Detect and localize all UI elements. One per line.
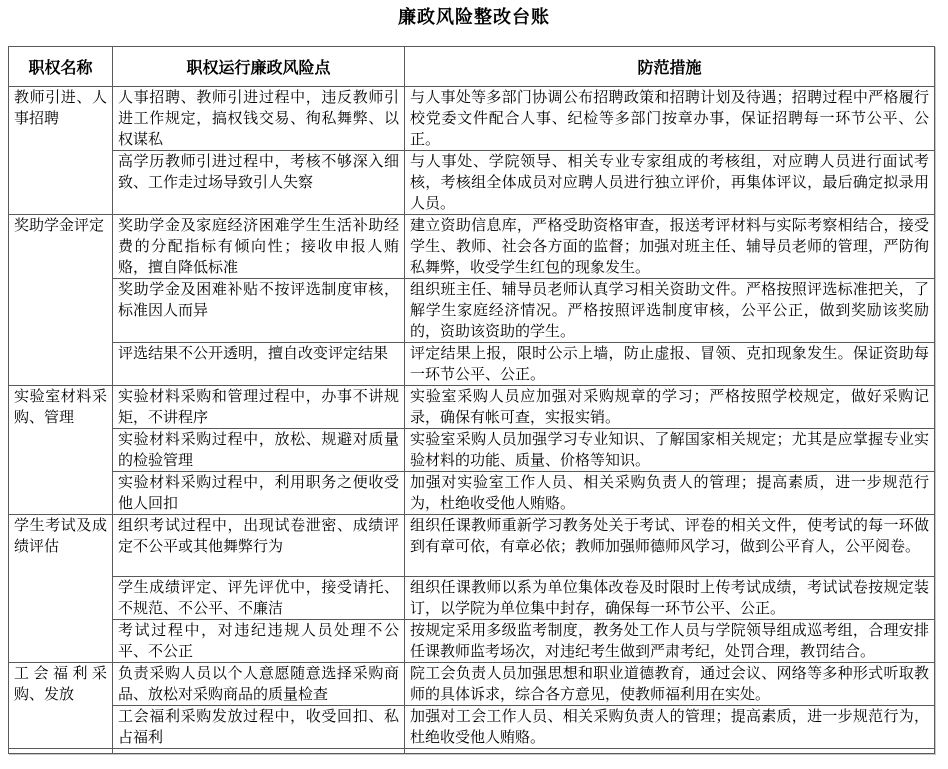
table-row: 奖助学金及困难补贴不按评选制度审核，标准因人而异 组织班主任、辅导员老师认真学习…: [9, 279, 935, 343]
table-row: 奖助学金评定 奖助学金及家庭经济困难学生生活补助经费的分配指标有倾向性；接收申报…: [9, 215, 935, 279]
measure-cell: 与人事处等多部门协调公布招聘政策和招聘计划及待遇；招聘过程中严格履行校党委文件配…: [405, 87, 935, 151]
risk-table: 职权名称 职权运行廉政风险点 防范措施 教师引进、人事招聘 人事招聘、教师引进过…: [8, 46, 935, 754]
measure-cell: 实验室采购人员应加强对采购规章的学习；严格按照学校规定，做好采购记录，确保有帐可…: [405, 386, 935, 429]
table-row: 工会福利采购、发放 负责采购人员以个人意愿随意选择采购商品、放松对采购商品的质量…: [9, 663, 935, 706]
document-title: 廉政风险整改台账: [0, 0, 948, 29]
table-row: 实验材料采购过程中，放松、规避对质量的检验管理 实验室采购人员加强学习专业知识、…: [9, 429, 935, 472]
table-row: 工会福利采购发放过程中，收受回扣、私占福利 加强对工会工作人员、相关采购负责人的…: [9, 706, 935, 749]
measure-cell: 实验室采购人员加强学习专业知识、了解国家相关规定；尤其是应掌握专业实验材料的功能…: [405, 429, 935, 472]
measure-cell: [405, 749, 935, 754]
table-row: 实验材料采购过程中，利用职务之便收受他人回扣 加强对实验室工作人员、相关采购负责…: [9, 472, 935, 515]
risk-cell: [113, 749, 405, 754]
measure-cell: 院工会负责人员加强思想和职业道德教育，通过会议、网络等多种形式听取教师的具体诉求…: [405, 663, 935, 706]
measure-cell: 组织班主任、辅导员老师认真学习相关资助文件。严格按照评选标准把关，了解学生家庭经…: [405, 279, 935, 343]
risk-cell: 实验材料采购过程中，放松、规避对质量的检验管理: [113, 429, 405, 472]
authority-cell: [9, 749, 113, 754]
risk-cell: 组织考试过程中，出现试卷泄密、成绩评定不公平或其他舞弊行为: [113, 515, 405, 577]
measure-cell: 按规定采用多级监考制度，教务处工作人员与学院领导组成巡考组，合理安排任课教师监考…: [405, 620, 935, 663]
authority-cell: 教师引进、人事招聘: [9, 87, 113, 215]
header-authority: 职权名称: [9, 47, 113, 87]
header-row: 职权名称 职权运行廉政风险点 防范措施: [9, 47, 935, 87]
measure-cell: 组织任课教师以系为单位集体改卷及时限时上传考试成绩，考试试卷按规定装订，以学院为…: [405, 577, 935, 620]
risk-cell: 工会福利采购发放过程中，收受回扣、私占福利: [113, 706, 405, 749]
authority-cell: 学生考试及成绩评估: [9, 515, 113, 663]
risk-cell: 负责采购人员以个人意愿随意选择采购商品、放松对采购商品的质量检查: [113, 663, 405, 706]
table-row: 实验室材料采购、管理 实验材料采购和管理过程中，办事不讲规矩，不讲程序 实验室采…: [9, 386, 935, 429]
risk-cell: 学生成绩评定、评先评优中，接受请托、不规范、不公平、不廉洁: [113, 577, 405, 620]
table-row: 学生成绩评定、评先评优中，接受请托、不规范、不公平、不廉洁 组织任课教师以系为单…: [9, 577, 935, 620]
header-measure: 防范措施: [405, 47, 935, 87]
risk-cell: 高学历教师引进过程中，考核不够深入细致、工作走过场导致引人失察: [113, 151, 405, 215]
header-risk: 职权运行廉政风险点: [113, 47, 405, 87]
table-row: 教师引进、人事招聘 人事招聘、教师引进过程中，违反教师引进工作规定，搞权钱交易、…: [9, 87, 935, 151]
table-row: 高学历教师引进过程中，考核不够深入细致、工作走过场导致引人失察 与人事处、学院领…: [9, 151, 935, 215]
table-row: 评选结果不公开透明，擅自改变评定结果 评定结果上报，限时公示上墙，防止虚报、冒领…: [9, 343, 935, 386]
authority-cell: 工会福利采购、发放: [9, 663, 113, 749]
measure-cell: 加强对工会工作人员、相关采购负责人的管理；提高素质，进一步规范行为，杜绝收受他人…: [405, 706, 935, 749]
partial-row: [9, 749, 935, 754]
table-row: 考试过程中，对违纪违规人员处理不公平、不公正 按规定采用多级监考制度，教务处工作…: [9, 620, 935, 663]
measure-cell: 评定结果上报，限时公示上墙，防止虚报、冒领、克扣现象发生。保证资助每一环节公平、…: [405, 343, 935, 386]
authority-cell: 实验室材料采购、管理: [9, 386, 113, 515]
measure-cell: 建立资助信息库，严格受助资格审查，报送考评材料与实际考察相结合，接受学生、教师、…: [405, 215, 935, 279]
measure-cell: 与人事处、学院领导、相关专业专家组成的考核组，对应聘人员进行面试考核，考核组全体…: [405, 151, 935, 215]
risk-cell: 奖助学金及家庭经济困难学生生活补助经费的分配指标有倾向性；接收申报人贿赂，擅自降…: [113, 215, 405, 279]
risk-cell: 实验材料采购过程中，利用职务之便收受他人回扣: [113, 472, 405, 515]
authority-cell: 奖助学金评定: [9, 215, 113, 386]
risk-cell: 考试过程中，对违纪违规人员处理不公平、不公正: [113, 620, 405, 663]
risk-cell: 评选结果不公开透明，擅自改变评定结果: [113, 343, 405, 386]
risk-cell: 人事招聘、教师引进过程中，违反教师引进工作规定，搞权钱交易、徇私舞弊、以权谋私: [113, 87, 405, 151]
table-row: 学生考试及成绩评估 组织考试过程中，出现试卷泄密、成绩评定不公平或其他舞弊行为 …: [9, 515, 935, 577]
risk-cell: 奖助学金及困难补贴不按评选制度审核，标准因人而异: [113, 279, 405, 343]
measure-cell: 组织任课教师重新学习教务处关于考试、评卷的相关文件，使考试的每一环做到有章可依，…: [405, 515, 935, 577]
measure-cell: 加强对实验室工作人员、相关采购负责人的管理；提高素质，进一步规范行为，杜绝收受他…: [405, 472, 935, 515]
risk-cell: 实验材料采购和管理过程中，办事不讲规矩，不讲程序: [113, 386, 405, 429]
document-page: 廉政风险整改台账 职权名称 职权运行廉政风险点 防范措施 教师引进、人事招聘 人…: [0, 0, 948, 769]
